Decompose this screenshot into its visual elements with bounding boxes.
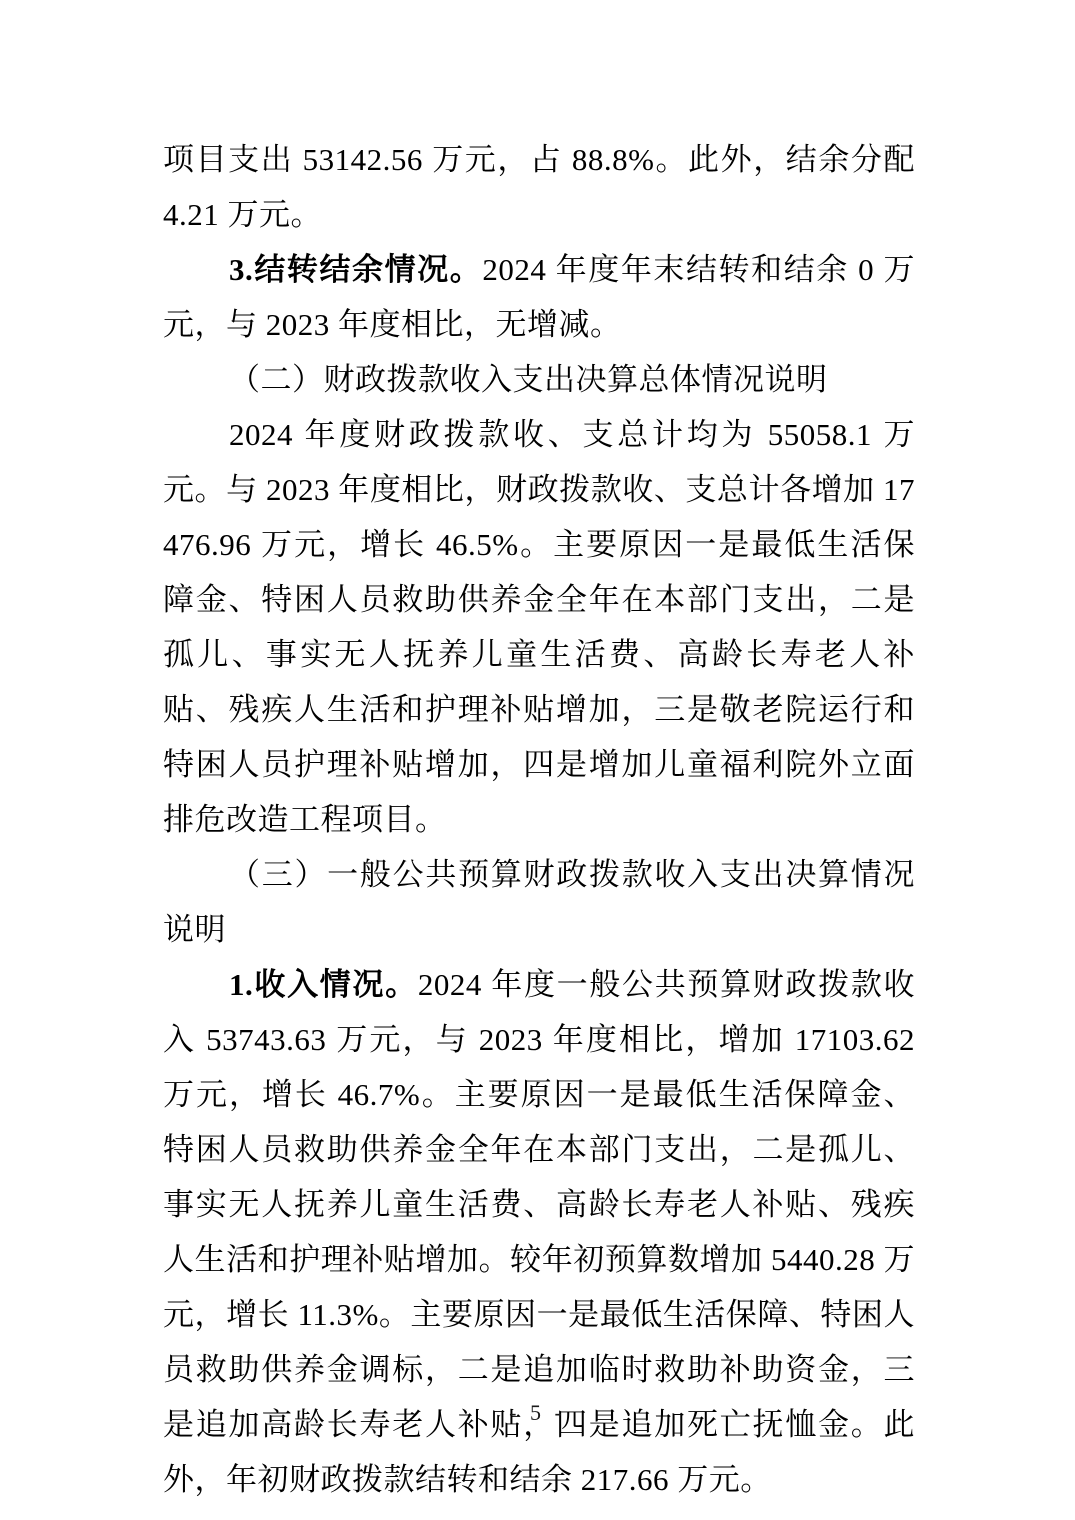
section-heading-text: （三）一般公共预算财政拨款收入支出决算情况说明 — [163, 857, 915, 947]
section-heading-text: （二）财政拨款收入支出决算总体情况说明 — [229, 362, 828, 397]
page-number: - 5 - — [0, 1398, 1075, 1428]
paragraph-text: 项目支出 53142.56 万元，占 88.8%。此外，结余分配 4.21 万元… — [163, 142, 915, 232]
page-number-label: - 5 - — [509, 1400, 566, 1425]
document-page: 项目支出 53142.56 万元，占 88.8%。此外，结余分配 4.21 万元… — [0, 0, 1075, 1520]
paragraph-text: 2024 年度财政拨款收、支总计均为 55058.1 万元。与 2023 年度相… — [163, 417, 915, 837]
paragraph-continuation: 项目支出 53142.56 万元，占 88.8%。此外，结余分配 4.21 万元… — [163, 132, 915, 242]
paragraph-fiscal-total: 2024 年度财政拨款收、支总计均为 55058.1 万元。与 2023 年度相… — [163, 407, 915, 847]
numbered-item-lead: 1.收入情况。 — [229, 967, 418, 1002]
numbered-item-3: 3.结转结余情况。2024 年度年末结转和结余 0 万元，与 2023 年度相比… — [163, 242, 915, 352]
section-heading-2: （二）财政拨款收入支出决算总体情况说明 — [163, 352, 915, 407]
document-body: 项目支出 53142.56 万元，占 88.8%。此外，结余分配 4.21 万元… — [163, 132, 915, 1507]
numbered-item-lead: 3.结转结余情况。 — [229, 252, 482, 287]
section-heading-3: （三）一般公共预算财政拨款收入支出决算情况说明 — [163, 847, 915, 957]
